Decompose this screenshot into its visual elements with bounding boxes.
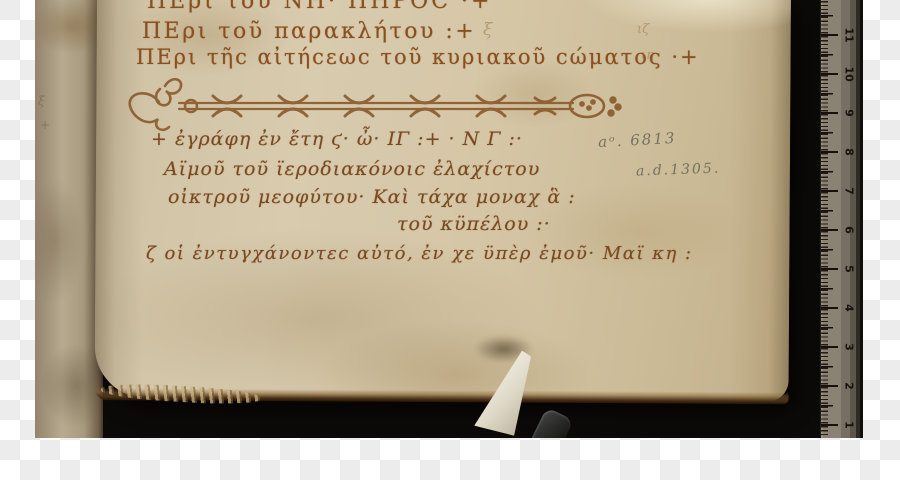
ruler-mark-label: 10 [842,67,856,82]
ruler-mark-label: 4 [842,301,856,316]
ruler-mark-label: 5 [842,262,856,277]
ruler-mark-label: 8 [842,145,856,160]
margin-chapter-number: ιζ [637,22,649,37]
ruler: 11 10 9 8 7 6 5 4 3 2 1 [820,0,863,438]
colophon-line: ζ οἱ ἐντυγχάνοντεϲ αὐτό, ἐν χε ϋπὲρ ἐμοῦ… [146,243,693,264]
ruler-mark-label: 3 [842,340,856,355]
chapter-title-line: ΠΕρι τοῦ παρακλήτου :+ [142,19,476,44]
pencil-note-anno-domini: a.d.1305. [636,161,721,180]
chapter-title-line: ΠΕρι τῆϲ αἰτήϲεωϲ τοῦ κυριακοῦ ϲώματος ·… [136,45,700,69]
writing-layer: ΠΕρι τοῦ ΝΗ· ΠΗΡΟϹ ·+ ΠΕρι τοῦ παρακλήτο… [35,0,863,438]
ruler-mark-label: 2 [842,379,856,394]
colophon-line: τοῦ κϋπέλου :· [397,213,551,235]
margin-flourish: ξ [483,20,492,40]
ruler-mark-label: 9 [842,106,856,121]
colophon-line: οἰκτροῦ μεοφύτου· Καὶ τάχα μοναχ ἃ : [168,186,576,208]
ruler-mark-label: 1 [842,418,856,433]
ruler-mark-label: 7 [842,184,856,199]
chapter-title-line: ΠΕρι τοῦ ΝΗ· ΠΗΡΟϹ ·+ [147,0,492,14]
ruler-mark-label: 6 [842,223,856,238]
pencil-note-anno-mundi: aᵒ. 6813 [598,129,677,151]
manuscript-photo-canvas: ξ + ΠΕρι τοῦ ΝΗ· ΠΗΡΟϹ ·+ ΠΕρι τοῦ παρακ… [0,0,900,480]
colophon-line: + ἐγράφη ἐν ἔτη ϛ· ὦ· ΙΓ :+ · Ν Γ :· [151,128,523,150]
margin-chapter-number: ιη [641,48,654,63]
pointer-shadow [463,330,545,368]
ruler-ticks [821,0,841,438]
manuscript-photo: ξ + ΠΕρι τοῦ ΝΗ· ΠΗΡΟϹ ·+ ΠΕρι τοῦ παρακ… [35,0,863,438]
headpiece-ornament [121,74,626,136]
colophon-line: Αϊμοῦ τοῦ ϊεροδιακόνοιϲ ἐλαχίϲτου [164,158,540,180]
ruler-mark-label: 11 [842,28,856,43]
